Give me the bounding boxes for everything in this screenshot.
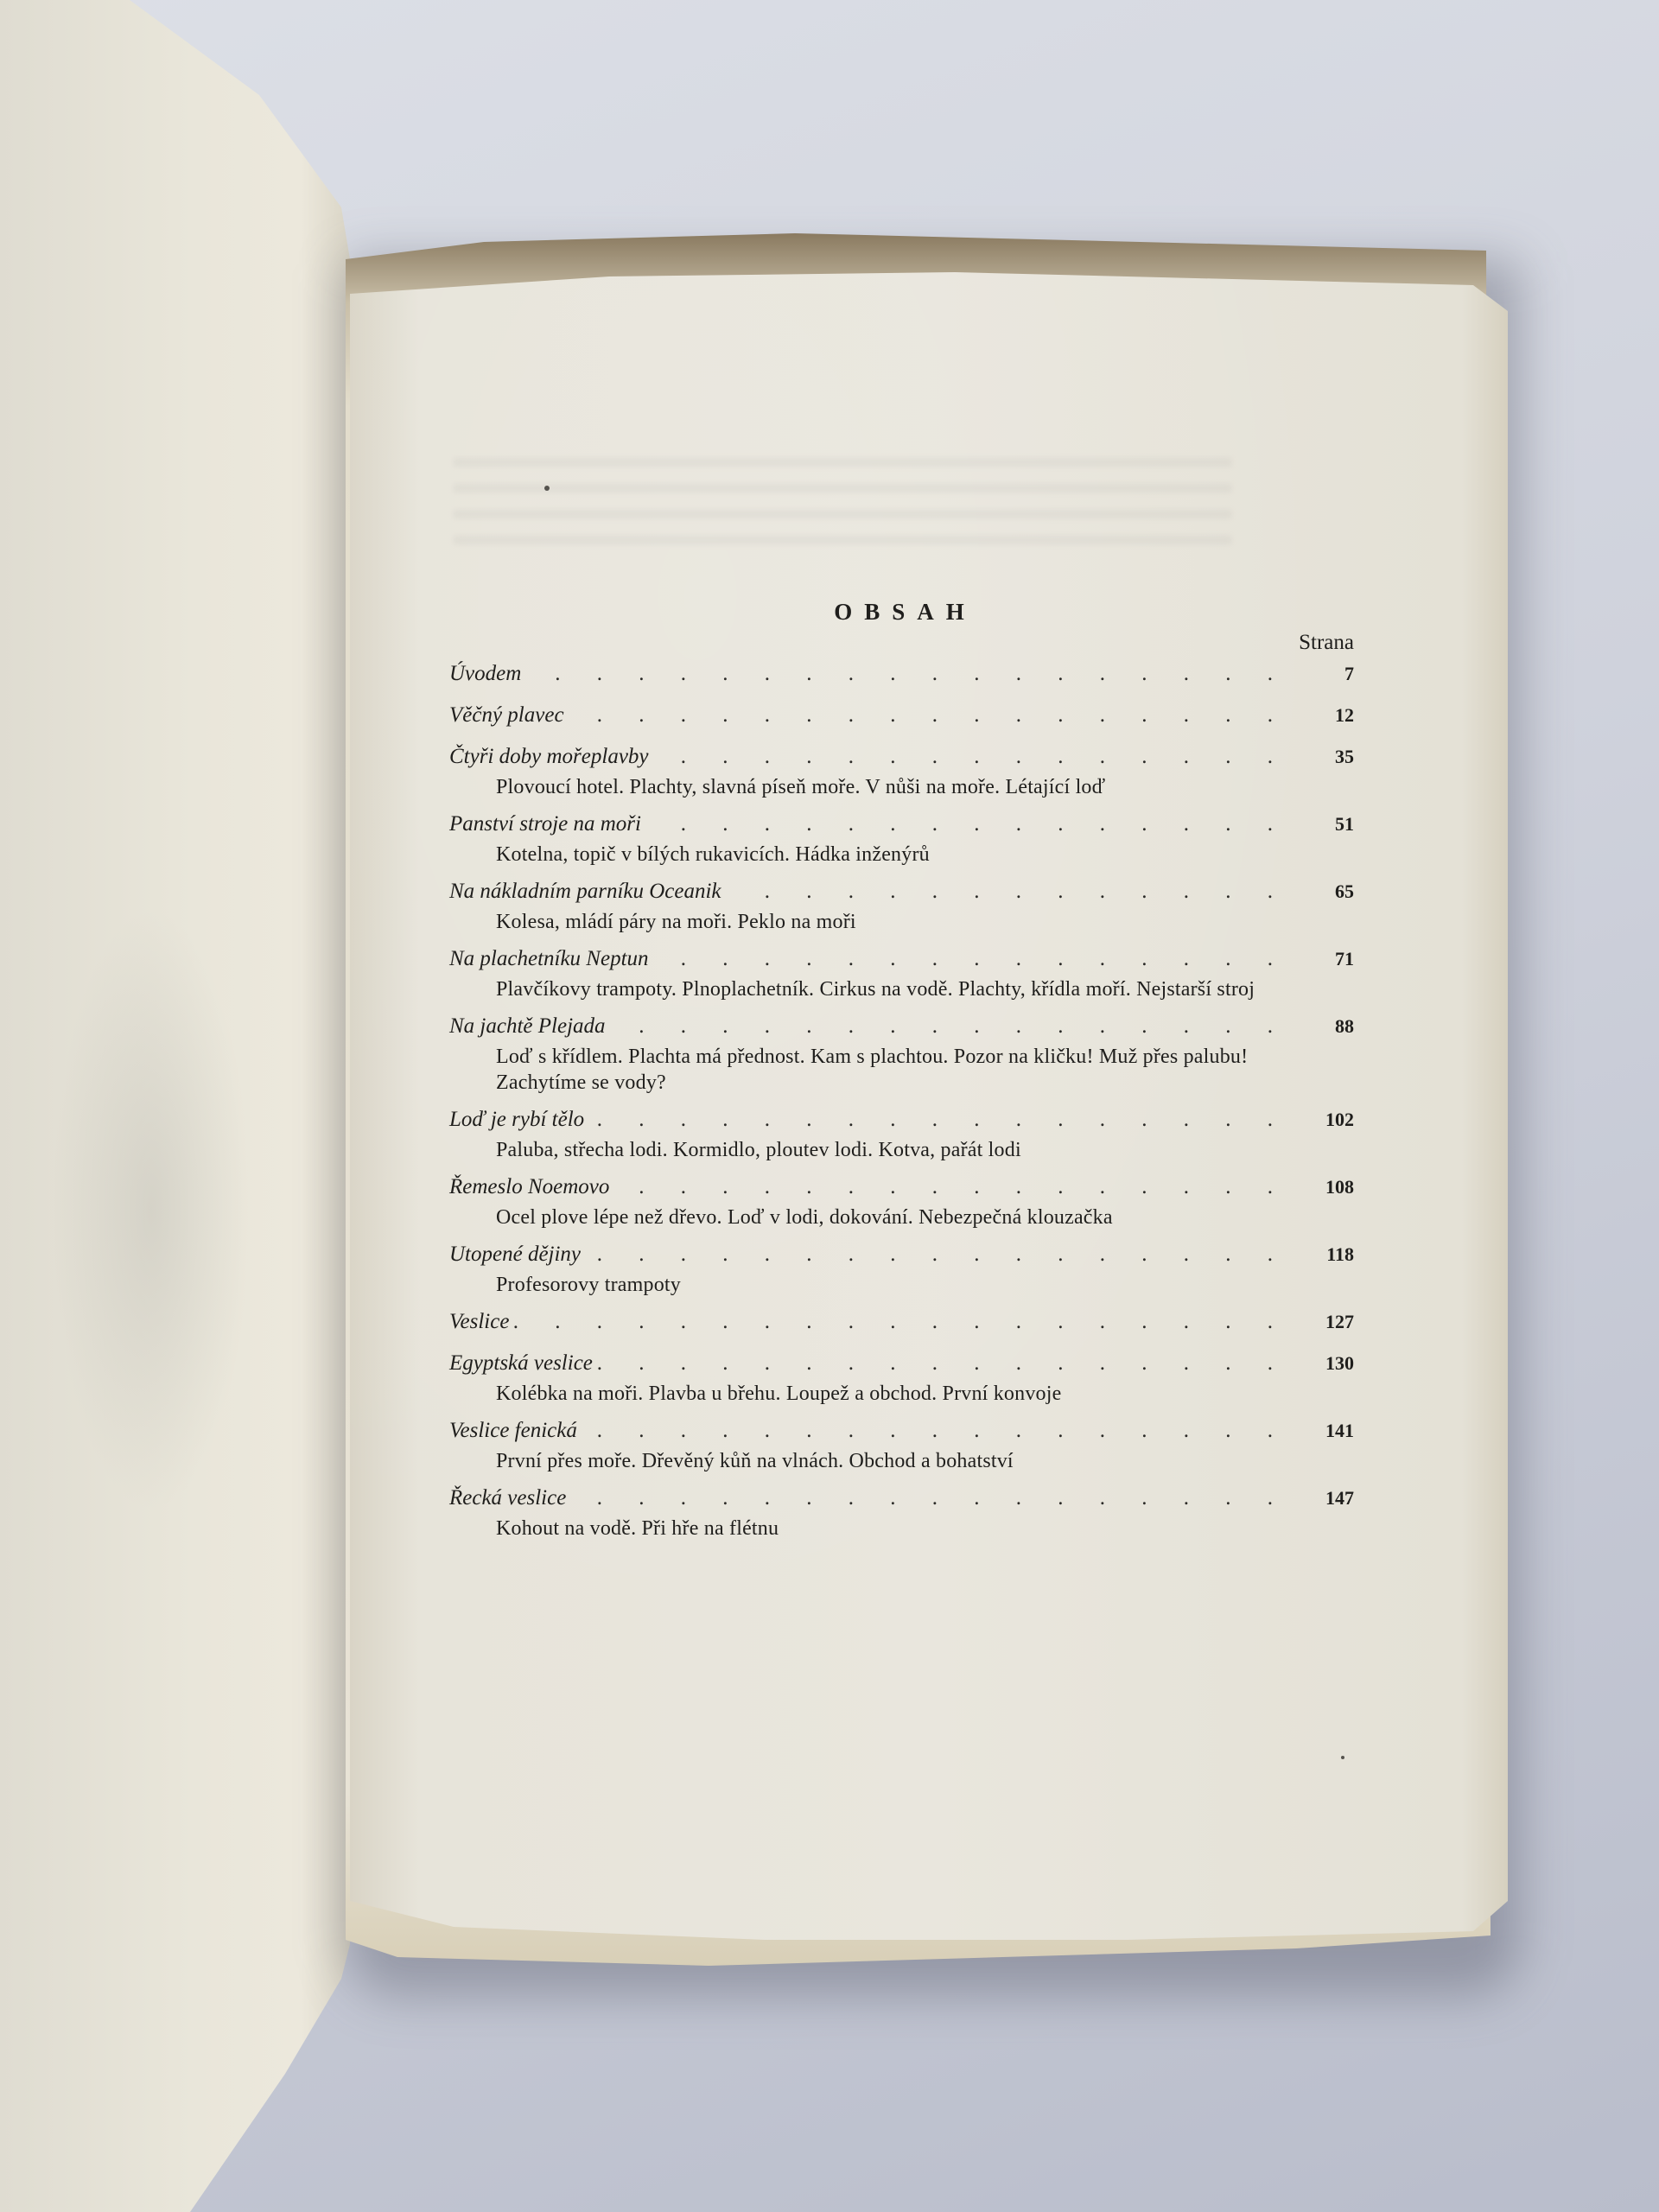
dot-leader — [611, 1009, 1309, 1044]
entry-subtitle: Kolesa, mládí páry na moři. Peklo na moř… — [496, 909, 1294, 935]
entry-title: Věčný plavec — [449, 698, 569, 733]
toc-heading: OBSAH — [456, 599, 1354, 626]
entry-title: Řemeslo Noemovo — [449, 1170, 614, 1205]
entry-page-number: 102 — [1309, 1103, 1354, 1137]
entry-page-number: 127 — [1309, 1305, 1354, 1339]
dot-leader — [582, 1414, 1309, 1448]
entry-subtitle: Ocel plove lépe než dřevo. Loď v lodi, d… — [496, 1205, 1294, 1230]
entry-page-number: 88 — [1309, 1009, 1354, 1044]
entry-page-number: 108 — [1309, 1170, 1354, 1205]
dot-leader — [571, 1481, 1309, 1516]
entry-page-number: 51 — [1309, 807, 1354, 842]
entry-title: Na plachetníku Neptun — [449, 942, 654, 976]
entry-title: Řecká veslice — [449, 1481, 571, 1516]
dot-leader — [598, 1346, 1309, 1381]
toc-entry: Na nákladním parníku Oceanik 65 Kolesa, … — [449, 874, 1354, 935]
entry-page-number: 12 — [1309, 698, 1354, 733]
entry-title: Egyptská veslice — [449, 1346, 598, 1381]
entry-subtitle: Paluba, střecha lodi. Kormidlo, ploutev … — [496, 1137, 1294, 1163]
entry-title: Veslice — [449, 1305, 514, 1339]
entry-title: Panství stroje na moři — [449, 807, 646, 842]
entry-title: Na jachtě Plejada — [449, 1009, 611, 1044]
toc-entry: Na plachetníku Neptun 71 Plavčíkovy tram… — [449, 942, 1354, 1002]
dot-leader — [589, 1103, 1309, 1137]
entry-subtitle: Plavčíkovy trampoty. Plnoplachetník. Cir… — [496, 976, 1294, 1002]
dot-leader — [646, 807, 1309, 842]
entry-page-number: 130 — [1309, 1346, 1354, 1381]
entry-title: Utopené dějiny — [449, 1237, 586, 1272]
entry-subtitle: Kohout na vodě. Při hře na flétnu — [496, 1516, 1294, 1541]
entry-page-number: 141 — [1309, 1414, 1354, 1448]
dot-leader — [569, 698, 1309, 733]
toc-entry: Utopené dějiny 118 Profesorovy trampoty — [449, 1237, 1354, 1298]
left-cover-page — [0, 0, 354, 2212]
paper-speck — [544, 486, 550, 491]
entry-title: Čtyři doby mořeplavby — [449, 740, 654, 774]
toc-entry: Panství stroje na moři 51 Kotelna, topič… — [449, 807, 1354, 868]
entry-page-number: 71 — [1309, 942, 1354, 976]
entry-subtitle: Kolébka na moři. Plavba u břehu. Loupež … — [496, 1381, 1294, 1407]
toc-entry: Loď je rybí tělo 102 Paluba, střecha lod… — [449, 1103, 1354, 1163]
toc-entry: Řecká veslice 147 Kohout na vodě. Při hř… — [449, 1481, 1354, 1541]
entry-page-number: 7 — [1309, 657, 1354, 691]
entry-page-number: 118 — [1309, 1237, 1354, 1272]
toc-entry: Věčný plavec 12 — [449, 698, 1354, 733]
dot-leader — [654, 942, 1309, 976]
entry-subtitle: Plovoucí hotel. Plachty, slavná píseň mo… — [496, 774, 1294, 800]
dot-leader — [727, 874, 1309, 909]
toc-entry: Úvodem 7 — [449, 657, 1354, 691]
entry-title: Loď je rybí tělo — [449, 1103, 589, 1137]
table-of-contents: OBSAH Strana Úvodem 7 Věčný plavec 12 Čt… — [449, 599, 1354, 1548]
entry-page-number: 147 — [1309, 1481, 1354, 1516]
toc-entry: Čtyři doby mořeplavby 35 Plovoucí hotel.… — [449, 740, 1354, 800]
toc-entry: Řemeslo Noemovo 108 Ocel plove lépe než … — [449, 1170, 1354, 1230]
toc-entry: Veslice 127 — [449, 1305, 1354, 1339]
dot-leader — [614, 1170, 1309, 1205]
dot-leader — [654, 740, 1309, 774]
toc-entry: Veslice fenická 141 První přes moře. Dře… — [449, 1414, 1354, 1474]
entry-title: Na nákladním parníku Oceanik — [449, 874, 727, 909]
dot-leader — [514, 1305, 1309, 1339]
entry-page-number: 65 — [1309, 874, 1354, 909]
dot-leader — [526, 657, 1309, 691]
book-page: OBSAH Strana Úvodem 7 Věčný plavec 12 Čt… — [350, 259, 1508, 1940]
toc-entry: Na jachtě Plejada 88 Loď s křídlem. Plac… — [449, 1009, 1354, 1096]
toc-entry: Egyptská veslice 130 Kolébka na moři. Pl… — [449, 1346, 1354, 1407]
entry-title: Úvodem — [449, 657, 526, 691]
entry-subtitle: Profesorovy trampoty — [496, 1272, 1294, 1298]
entry-page-number: 35 — [1309, 740, 1354, 774]
entry-subtitle: Kotelna, topič v bílých rukavicích. Hádk… — [496, 842, 1294, 868]
dot-leader — [586, 1237, 1309, 1272]
paper-speck — [1341, 1756, 1344, 1759]
page-column-header: Strana — [449, 631, 1354, 655]
entry-subtitle: Loď s křídlem. Plachta má přednost. Kam … — [496, 1044, 1294, 1096]
entry-title: Veslice fenická — [449, 1414, 582, 1448]
entry-subtitle: První přes moře. Dřevěný kůň na vlnách. … — [496, 1448, 1294, 1474]
